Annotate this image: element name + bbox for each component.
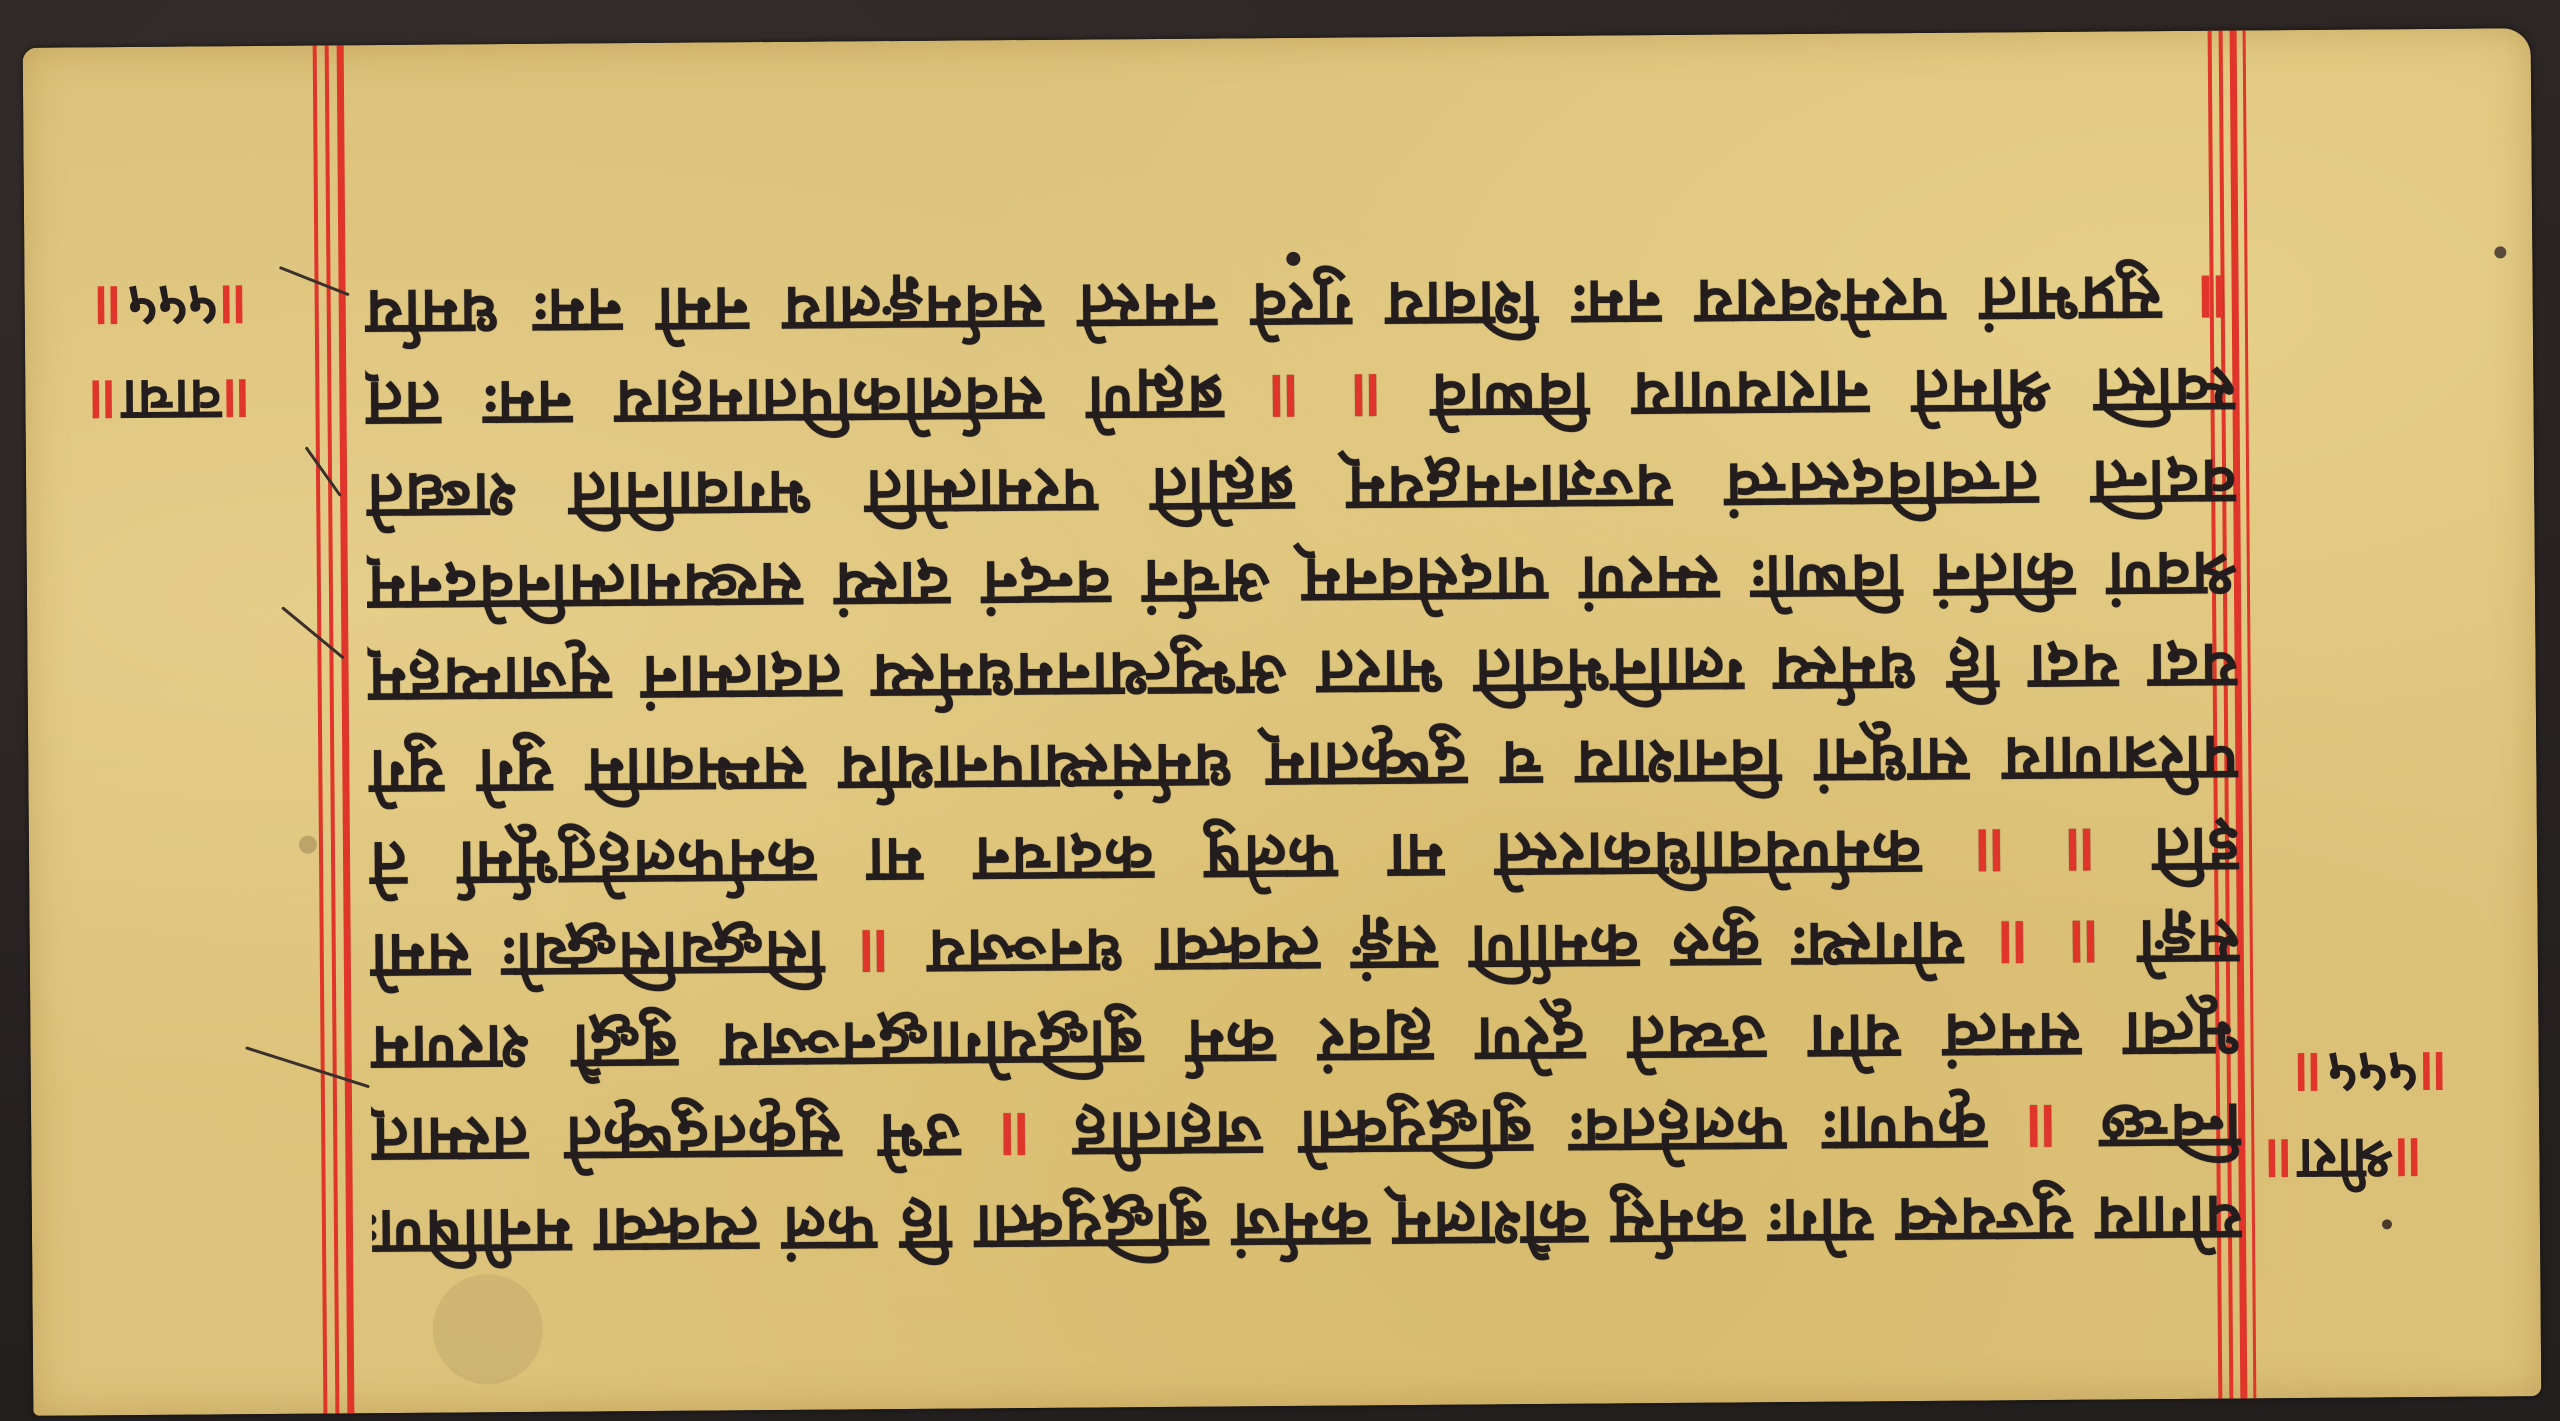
ink-spot <box>2494 246 2506 258</box>
folio-number-left: ॥५५५॥ <box>92 274 252 339</box>
left-margin-rule <box>337 45 355 1413</box>
rubric-danda-mark: ॥ <box>1266 360 1306 434</box>
stray-ink-stroke <box>305 446 342 497</box>
script-text: योगाय युज्यस्व योगः कर्मसु कौशलम् कर्मजं… <box>372 1176 2243 1273</box>
manuscript-folio: ॥५५५॥ ॥वाचा॥ ॥५५५॥ ॥श्रीरा॥ ॥ सुप्रभातं … <box>23 28 2542 1416</box>
folio-number-text: ॥५५५॥ <box>92 272 253 341</box>
rubric-danda-mark: ॥ <box>1995 906 2035 980</box>
folio-label-text: ॥वाचा॥ <box>87 366 256 435</box>
rubric-danda-mark: ॥ <box>92 273 127 341</box>
text-line-3: वदन्ति तत्त्वविदस्तत्त्वं यज्ज्ञानमद्वयम… <box>366 441 2237 538</box>
rubric-danda-mark: ॥ <box>221 366 256 434</box>
rubric-danda-mark: ॥ <box>218 272 253 340</box>
script-text: न्विच्छ ॥ कृपणाः फलहेतवः बुद्धियुक्तो जह… <box>371 1084 2242 1181</box>
rubric-danda-mark: ॥ <box>2293 1040 2328 1108</box>
rubric-danda-mark: ॥ <box>2263 1126 2298 1194</box>
folio-number-text: ॥५५५॥ <box>2293 1039 2454 1108</box>
stray-ink-stroke <box>281 606 345 659</box>
text-line-1: ॥ सुप्रभातं परमेश्वराय नमः शिवाय गुरवे न… <box>364 257 2235 354</box>
text-line-9: भूत्वा समत्वं योग उच्यते दूरेण ह्यवरं कर… <box>370 992 2241 1089</box>
script-text: वदन्ति तत्त्वविदस्तत्त्वं यज्ज्ञानमद्वयम… <box>366 441 2237 538</box>
rubric-danda-mark: ॥ <box>856 915 896 989</box>
script-text: भूत्वा समत्वं योग उच्यते दूरेण ह्यवरं कर… <box>370 992 2241 1089</box>
left-margin-rule <box>325 45 340 1413</box>
text-line-11: योगाय युज्यस्व योगः कर्मसु कौशलम् कर्मजं… <box>372 1176 2243 1273</box>
script-text: स्वस्ति श्रीमते नारायणाय विष्णवे ॥ ॥ ब्र… <box>365 349 2236 446</box>
script-text: इति ॥ ॥ कर्मण्येवाधिकारस्ते मा फलेषु कदा… <box>369 808 2240 905</box>
stain <box>432 1274 543 1385</box>
rubric-danda-mark: ॥ <box>997 1098 1037 1172</box>
script-text: श्रवणं कीर्तनं विष्णोः स्मरणं पादसेवनम् … <box>367 532 2238 629</box>
stain <box>299 836 317 854</box>
rubric-danda-mark: ॥ <box>2393 1125 2428 1193</box>
rubric-danda-mark: ॥ <box>2023 1090 2063 1164</box>
folio-number-right: ॥५५५॥ <box>2293 1041 2453 1106</box>
rubric-danda-mark: ॥ <box>2418 1039 2453 1107</box>
folio-label-left: ॥वाचा॥ <box>87 368 256 433</box>
text-line-7: इति ॥ ॥ कर्मण्येवाधिकारस्ते मा फलेषु कदा… <box>369 808 2240 905</box>
rubric-danda-mark: ॥ <box>2062 814 2102 888</box>
text-line-10: न्विच्छ ॥ कृपणाः फलहेतवः बुद्धियुक्तो जह… <box>371 1084 2242 1181</box>
script-text: सङ्गो ॥ ॥ योगस्थः कुरु कर्माणि सङ्गं त्य… <box>369 900 2240 997</box>
script-text: परित्राणाय साधूनां विनाशाय च दुष्कृताम् … <box>368 716 2239 813</box>
rubric-danda-mark: ॥ <box>1972 814 2012 888</box>
script-text: यदा यदा हि धर्मस्य ग्लानिर्भवति भारत अभ्… <box>367 624 2238 721</box>
text-line-6: परित्राणाय साधूनां विनाशाय च दुष्कृताम् … <box>368 716 2239 813</box>
text-line-2: स्वस्ति श्रीमते नारायणाय विष्णवे ॥ ॥ ब्र… <box>365 349 2236 446</box>
text-line-5: यदा यदा हि धर्मस्य ग्लानिर्भवति भारत अभ्… <box>367 624 2238 721</box>
rubric-danda-mark: ॥ <box>87 367 122 435</box>
rubric-danda-mark: ॥ <box>1348 359 1388 433</box>
text-line-4: श्रवणं कीर्तनं विष्णोः स्मरणं पादसेवनम् … <box>367 532 2238 629</box>
text-line-8: सङ्गो ॥ ॥ योगस्थः कुरु कर्माणि सङ्गं त्य… <box>369 900 2240 997</box>
folio-label-right: ॥श्रीरा॥ <box>2263 1127 2428 1192</box>
rubric-danda-mark: ॥ <box>2195 261 2235 335</box>
stain <box>2382 1219 2392 1229</box>
folio-label-text: ॥श्रीरा॥ <box>2263 1125 2428 1194</box>
script-text: ॥ सुप्रभातं परमेश्वराय नमः शिवाय गुरवे न… <box>364 257 2235 354</box>
rubric-danda-mark: ॥ <box>2066 906 2106 980</box>
left-margin-rule <box>313 46 328 1414</box>
